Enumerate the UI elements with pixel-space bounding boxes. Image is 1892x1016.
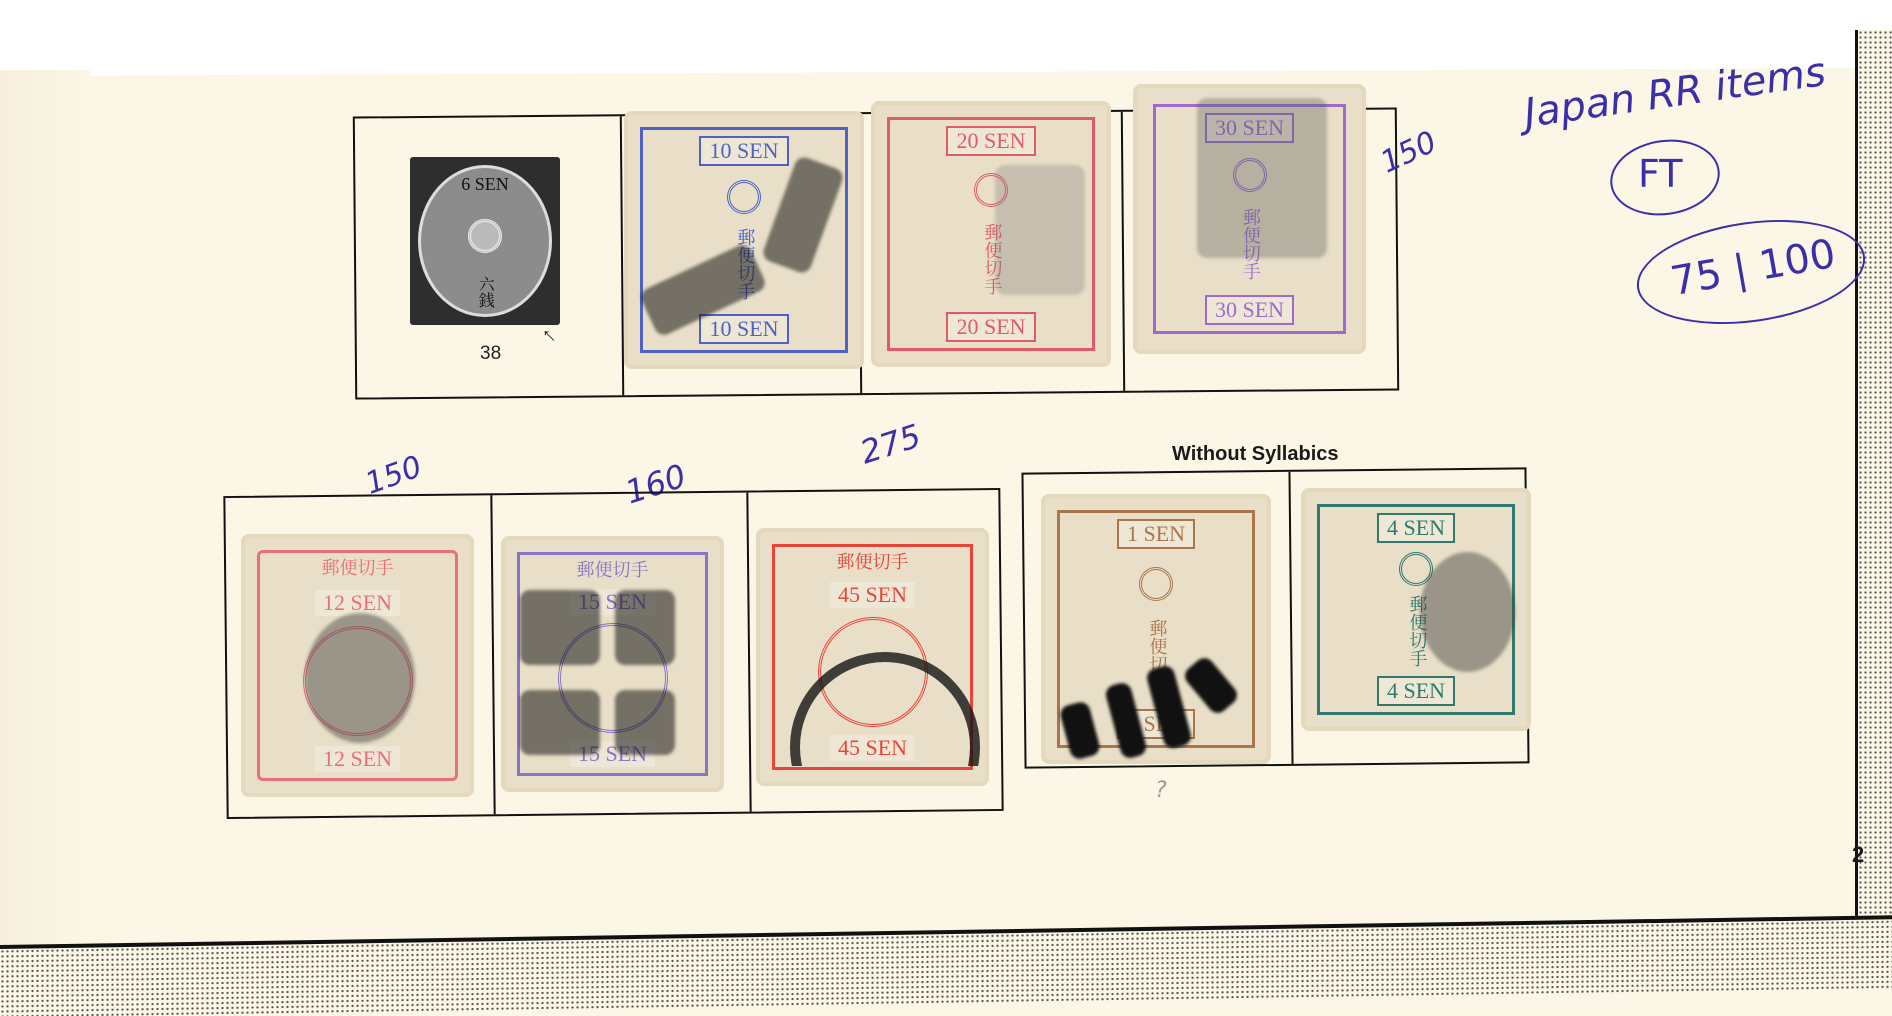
chrysanthemum-icon <box>468 219 502 253</box>
stamp-denomination: 45 SEN <box>830 582 915 608</box>
stamp-denomination: 12 SEN <box>315 746 400 772</box>
postmark-cancel <box>615 690 675 755</box>
chrysanthemum-icon <box>1139 567 1173 601</box>
stamp-denomination: 1 SEN <box>1117 519 1195 549</box>
stamp-6-sen-illustration[interactable]: 6 SEN 六銭 <box>410 157 560 325</box>
pencil-question-mark: ? <box>1155 778 1167 803</box>
postmark-cancel <box>1197 98 1327 258</box>
stamp-denomination: 20 SEN <box>946 312 1035 342</box>
stamp-denomination: 20 SEN <box>946 126 1035 156</box>
catalog-number: 38 <box>480 343 501 365</box>
stamp-12-sen[interactable]: 郵便切手 12 SEN 12 SEN <box>245 538 470 793</box>
stamp-30-sen[interactable]: 30 SEN 郵便切手 30 SEN <box>1137 88 1362 350</box>
section-heading: Without Syllabics <box>1172 443 1339 466</box>
stamp-10-sen[interactable]: 10 SEN 郵便切手 10 SEN <box>628 115 860 365</box>
postmark-cancel <box>1420 552 1515 672</box>
stamp-denomination: 12 SEN <box>315 590 400 616</box>
stamp-4-sen[interactable]: 4 SEN 郵便切手 4 SEN <box>1305 492 1527 727</box>
chrysanthemum-icon <box>727 180 761 214</box>
cell-divider <box>1288 472 1293 764</box>
handwritten-code: FT <box>1638 152 1682 196</box>
stamp-1-sen[interactable]: 1 SEN 郵便切手 1 SEN <box>1045 498 1267 760</box>
postmark-cancel <box>520 590 600 665</box>
stamp-denomination: 4 SEN <box>1377 513 1455 543</box>
stamp-denomination: 6 SEN <box>453 174 517 195</box>
postmark-cancel <box>615 590 675 665</box>
postmark-cancel <box>520 690 600 755</box>
stamp-15-sen[interactable]: 郵便切手 15 SEN 15 SEN <box>505 540 720 788</box>
stamp-45-sen[interactable]: 郵便切手 45 SEN 45 SEN <box>760 532 985 782</box>
stamp-denomination: 4 SEN <box>1377 676 1455 706</box>
cell-divider <box>490 495 495 814</box>
cell-divider <box>620 116 624 395</box>
cell-divider <box>1121 112 1125 391</box>
stamp-20-sen[interactable]: 20 SEN 郵便切手 20 SEN <box>875 105 1107 363</box>
stamp-kanji: 六銭 <box>476 276 494 308</box>
right-dotted-border <box>1855 30 1892 930</box>
stamp-denomination: 10 SEN <box>699 136 788 166</box>
postmark-cancel <box>305 613 415 743</box>
page-shadow <box>0 70 90 950</box>
stamp-denomination: 10 SEN <box>699 314 788 344</box>
page-number: 2 <box>1852 842 1864 868</box>
stamp-denomination: 30 SEN <box>1205 295 1294 325</box>
postmark-cancel <box>995 165 1085 295</box>
cell-divider <box>746 493 751 812</box>
stamp-kanji: 郵便切手 <box>577 561 649 582</box>
stamp-kanji: 郵便切手 <box>837 553 909 574</box>
stamp-kanji: 郵便切手 <box>322 559 394 580</box>
